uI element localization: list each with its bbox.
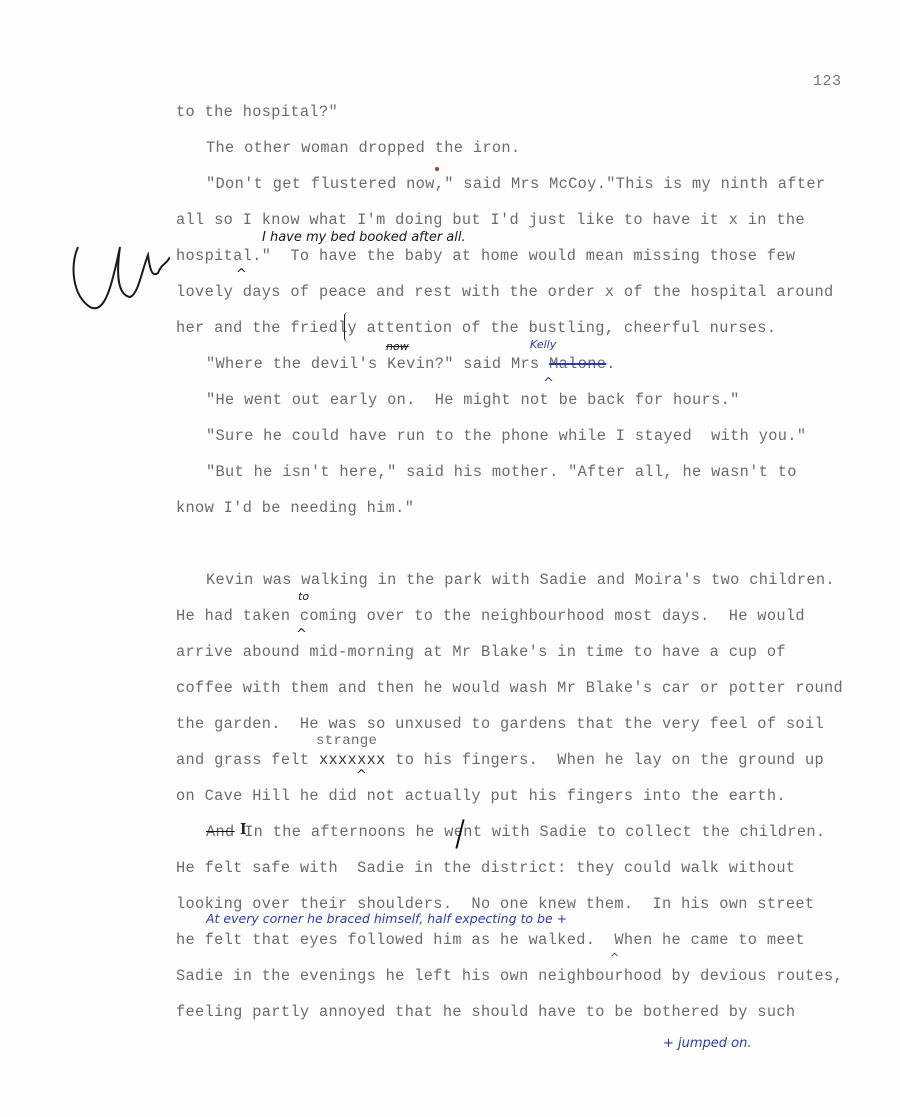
insertion-caret-blue: ^ (610, 951, 619, 964)
text-line: feeling partly annoyed that he should ha… (176, 1003, 795, 1021)
text-line: "Where the devil's Kevin?" said Mrs Malo… (206, 355, 616, 373)
text-line: And In the afternoons he went with Sadie… (206, 823, 825, 841)
text-line: all so I know what I'm doing but I'd jus… (176, 211, 805, 229)
red-ink-dot (435, 167, 439, 171)
handwritten-insertion-kelly: Kelly (530, 338, 556, 351)
text-line: "He went out early on. He might not be b… (206, 391, 740, 409)
page-number: 123 (813, 73, 842, 90)
handwritten-insertion: I have my bed booked after all. (262, 230, 466, 245)
insertion-caret: ^ (236, 267, 247, 282)
text-line: coffee with them and then he would wash … (176, 679, 843, 697)
struck-word: And (206, 823, 235, 841)
text-line: "Sure he could have run to the phone whi… (206, 427, 806, 445)
text-line: Sadie in the evenings he left his own ne… (176, 967, 843, 985)
text-line: He felt safe with Sadie in the district:… (176, 859, 795, 877)
insertion-caret-blue: ^ (543, 376, 554, 391)
handwritten-insertion-blue: At every corner he braced himself, half … (206, 911, 567, 926)
struck-name: Malone (549, 355, 606, 373)
handwritten-capital-i: I (240, 819, 247, 839)
x-ed-out-word: xxxxxxx (319, 751, 386, 769)
insertion-caret: ^ (296, 627, 307, 642)
typed-insertion-strange: strange (316, 733, 377, 749)
manuscript-page: 123 to the hospital?" The other woman dr… (0, 0, 900, 1117)
handwritten-insertion-blue: + jumped on. (663, 1036, 752, 1051)
text-line: hospital." To have the baby at home woul… (176, 247, 795, 265)
text-segment: to his fingers. When he lay on the groun… (386, 751, 824, 769)
margin-initials-scribble (60, 225, 170, 325)
text-line: on Cave Hill he did not actually put his… (176, 787, 786, 805)
text-line: know I'd be needing him." (176, 499, 414, 517)
text-line: "Don't get flustered now," said Mrs McCo… (206, 175, 825, 193)
correction-bracket (344, 312, 351, 342)
text-line: and grass felt xxxxxxx to his fingers. W… (176, 751, 824, 769)
text-line: "But he isn't here," said his mother. "A… (206, 463, 797, 481)
text-segment: and grass felt (176, 751, 319, 769)
text-line: he felt that eyes followed him as he wal… (176, 931, 805, 949)
text-line: her and the friedly attention of the bus… (176, 319, 776, 337)
text-line: arrive abound mid-morning at Mr Blake's … (176, 643, 786, 661)
text-line: lovely days of peace and rest with the o… (176, 283, 834, 301)
handwritten-insertion-to: to (298, 590, 309, 603)
text-line: The other woman dropped the iron. (206, 139, 520, 157)
text-line: the garden. He was so unxused to gardens… (176, 715, 824, 733)
text-line: to the hospital?" (176, 103, 338, 121)
text-line: Kevin was walking in the park with Sadie… (206, 571, 835, 589)
text-segment: "Where the devil's Kevin?" said Mrs (206, 355, 549, 373)
text-segment: . (606, 355, 616, 373)
handwritten-insertion-now: now (386, 340, 409, 353)
text-segment: In the afternoons he went with Sadie to … (235, 823, 826, 841)
text-line: He had taken coming over to the neighbou… (176, 607, 805, 625)
insertion-caret: ^ (356, 768, 367, 783)
